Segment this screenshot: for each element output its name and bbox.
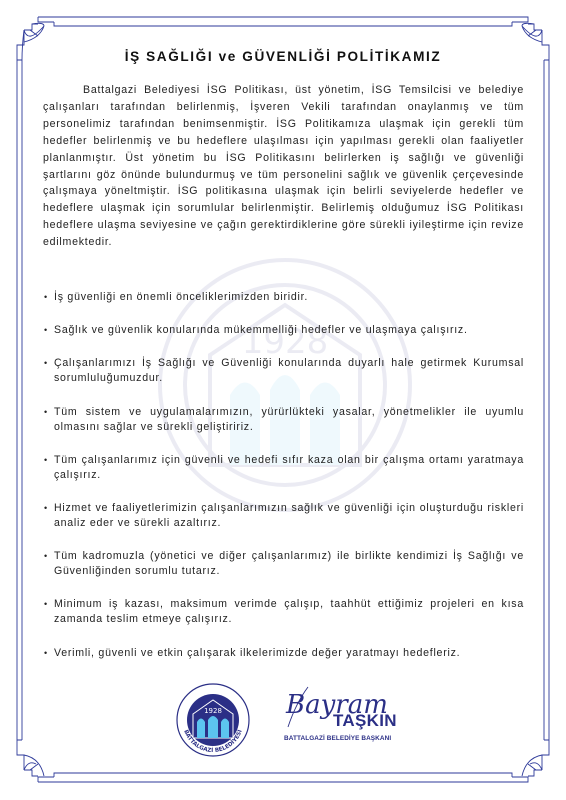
list-item: Çalışanlarımızı İş Sağlığı ve Güvenliği … — [45, 356, 524, 386]
list-item: İş güvenliği en önemli önceliklerimizden… — [45, 290, 524, 305]
page-title: İŞ SAĞLIĞI ve GÜVENLİĞİ POLİTİKAMIZ — [0, 49, 566, 64]
list-item: Tüm kadromuzla (yönetici ve diğer çalışa… — [45, 549, 524, 579]
logo-year: 1928 — [204, 707, 222, 715]
list-item: Verimli, güvenli ve etkin çalışarak ilke… — [45, 646, 524, 661]
list-item: Tüm çalışanlarımız için güvenli ve hedef… — [45, 453, 524, 483]
intro-paragraph: Battalgazi Belediyesi İSG Politikası, üs… — [43, 82, 524, 251]
list-item: Minimum iş kazası, maksimum verimde çalı… — [45, 597, 524, 627]
list-item: Sağlık ve güvenlik konularında mükemmell… — [45, 323, 524, 338]
list-item: Hizmet ve faaliyetlerimizin çalışanlarım… — [45, 501, 524, 531]
policy-list: İş güvenliği en önemli önceliklerimizden… — [45, 290, 524, 679]
municipality-logo: 1928 BATTALGAZİ BELEDİYESİ — [175, 682, 251, 758]
mayor-title: BATTALGAZİ BELEDİYE BAŞKANI — [284, 735, 391, 742]
mayor-name: TAŞKIN — [333, 711, 397, 731]
list-item: Tüm sistem ve uygulamalarımızın, yürürlü… — [45, 405, 524, 435]
